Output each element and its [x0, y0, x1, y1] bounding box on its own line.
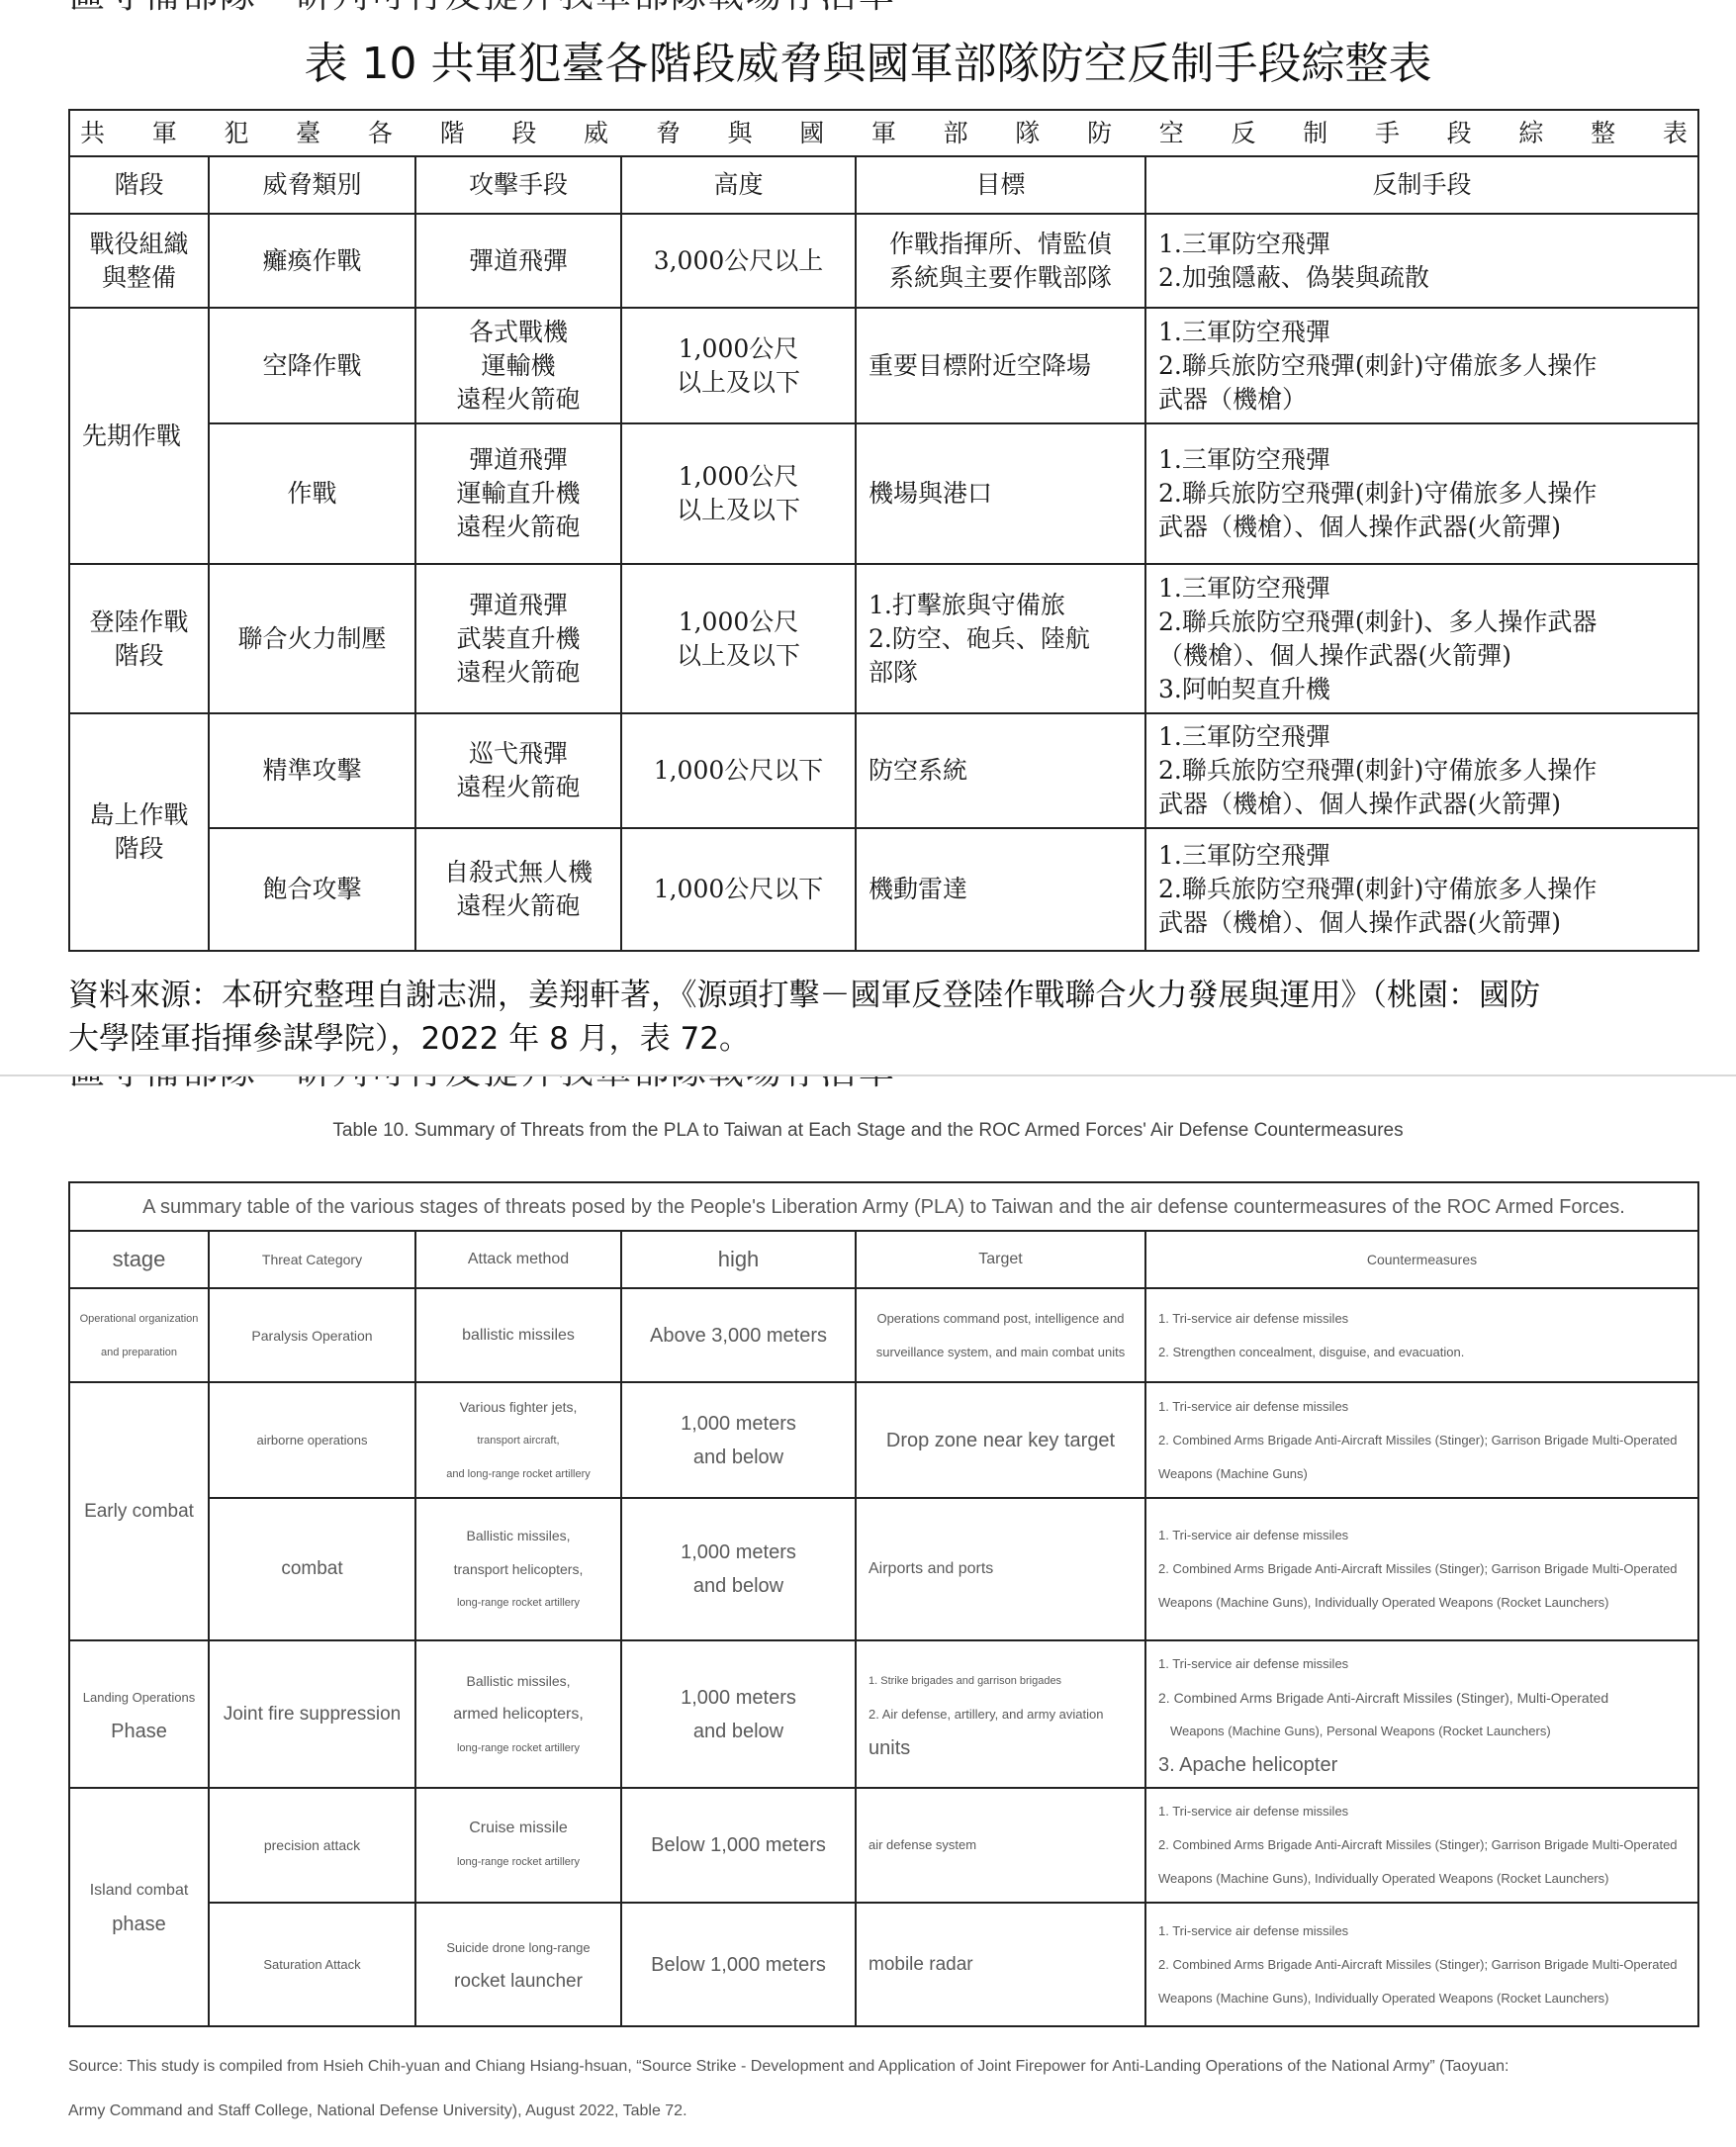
counter-cell: 1. Tri-service air defense missiles2. Co… — [1145, 1640, 1698, 1788]
zh-banner-char: 部 — [944, 117, 968, 150]
table-row: Island combatphase precision attack Crui… — [69, 1788, 1698, 1903]
counter-cell: 1. Tri-service air defense missiles2. Co… — [1145, 1382, 1698, 1498]
table-row: Landing OperationsPhase Joint fire suppr… — [69, 1640, 1698, 1788]
counter-cell: 1. Tri-service air defense missiles2. Co… — [1145, 1903, 1698, 2026]
zh-banner-char: 防 — [1087, 117, 1112, 150]
stage-cell: 登陸作戰階段 — [69, 564, 209, 713]
zh-header-threat: 威脅類別 — [209, 156, 415, 214]
altitude-cell: 1,000 metersand below — [621, 1382, 856, 1498]
zh-banner-char: 制 — [1303, 117, 1327, 150]
threat-cell: 精準攻擊 — [209, 713, 415, 828]
zh-banner-char: 整 — [1591, 117, 1615, 150]
zh-banner-char: 綜 — [1518, 117, 1543, 150]
en-header-stage: stage — [69, 1231, 209, 1288]
table-row: 島上作戰階段 精準攻擊 巡弋飛彈遠程火箭砲 1,000公尺以下 防空系統 1.三… — [69, 713, 1698, 828]
zh-header-target: 目標 — [856, 156, 1145, 214]
altitude-cell: Below 1,000 meters — [621, 1788, 856, 1903]
altitude-cell: 3,000公尺以上 — [621, 214, 856, 308]
zh-banner-char: 段 — [1447, 117, 1472, 150]
stage-cell: Landing OperationsPhase — [69, 1640, 209, 1788]
altitude-cell: 1,000 metersand below — [621, 1498, 856, 1640]
stage-cell: 戰役組織與整備 — [69, 214, 209, 308]
zh-banner-char: 臺 — [296, 117, 320, 150]
attack-cell: 彈道飛彈武裝直升機遠程火箭砲 — [415, 564, 621, 713]
en-header-threat: Threat Category — [209, 1231, 415, 1288]
zh-banner-char: 犯 — [224, 117, 248, 150]
stage-cell: Island combatphase — [69, 1788, 209, 2026]
attack-cell: Cruise missilelong-range rocket artiller… — [415, 1788, 621, 1903]
target-cell: 1. Strike brigades and garrison brigades… — [856, 1640, 1145, 1788]
zh-banner-char: 脅 — [656, 117, 681, 150]
attack-cell: 彈道飛彈 — [415, 214, 621, 308]
threat-cell: 飽合攻擊 — [209, 828, 415, 951]
stage-cell: 島上作戰階段 — [69, 713, 209, 951]
attack-cell: 自殺式無人機遠程火箭砲 — [415, 828, 621, 951]
zh-source-note: 資料來源：本研究整理自謝志淵，姜翔軒著，《源頭打擊－國軍反登陸作戰聯合火力發展與… — [68, 974, 1700, 1061]
table-row: 戰役組織與整備 癱瘓作戰 彈道飛彈 3,000公尺以上 作戰指揮所、情監偵系統與… — [69, 214, 1698, 308]
counter-cell: 1.三軍防空飛彈2.聯兵旅防空飛彈(刺針)守備旅多人操作武器（機槍）、個人操作武… — [1145, 423, 1698, 564]
en-header-attack: Attack method — [415, 1231, 621, 1288]
zh-banner-char: 反 — [1232, 117, 1256, 150]
clipped-heading-top: 區守備部隊一研判可行及提升我軍部隊戰場存活率 — [69, 0, 1157, 14]
attack-cell: 彈道飛彈運輸直升機遠程火箭砲 — [415, 423, 621, 564]
altitude-cell: 1,000公尺以上及以下 — [621, 564, 856, 713]
zh-banner-char: 表 — [1663, 117, 1688, 150]
threat-cell: 癱瘓作戰 — [209, 214, 415, 308]
counter-cell: 1. Tri-service air defense missiles2. Co… — [1145, 1498, 1698, 1640]
altitude-cell: 1,000 metersand below — [621, 1640, 856, 1788]
attack-cell: Ballistic missiles,transport helicopters… — [415, 1498, 621, 1640]
en-summary-table: A summary table of the various stages of… — [68, 1181, 1699, 2027]
target-cell: 機動雷達 — [856, 828, 1145, 951]
threat-cell: Paralysis Operation — [209, 1288, 415, 1382]
counter-cell: 1. Tri-service air defense missiles2. Co… — [1145, 1788, 1698, 1903]
target-cell: mobile radar — [856, 1903, 1145, 2026]
target-cell: air defense system — [856, 1788, 1145, 1903]
zh-banner-char: 軍 — [871, 117, 896, 150]
en-table-title: Table 10. Summary of Threats from the PL… — [0, 1120, 1736, 1142]
counter-cell: 1.三軍防空飛彈2.聯兵旅防空飛彈(刺針)、多人操作武器（機槍）、個人操作武器(… — [1145, 564, 1698, 713]
counter-cell: 1.三軍防空飛彈2.加強隱蔽、偽裝與疏散 — [1145, 214, 1698, 308]
zh-header-stage: 階段 — [69, 156, 209, 214]
counter-cell: 1. Tri-service air defense missiles2. St… — [1145, 1288, 1698, 1382]
table-row: combat Ballistic missiles,transport heli… — [69, 1498, 1698, 1640]
zh-banner-char: 軍 — [152, 117, 177, 150]
zh-banner-char: 段 — [511, 117, 536, 150]
zh-table-title: 表 10 共軍犯臺各階段威脅與國軍部隊防空反制手段綜整表 — [0, 28, 1736, 91]
zh-banner-char: 國 — [799, 117, 824, 150]
stage-cell: 先期作戰 — [69, 308, 209, 564]
threat-cell: Joint fire suppression — [209, 1640, 415, 1788]
zh-header-altitude: 高度 — [621, 156, 856, 214]
attack-cell: Various fighter jets,transport aircraft,… — [415, 1382, 621, 1498]
zh-banner-char: 手 — [1375, 117, 1400, 150]
threat-cell: precision attack — [209, 1788, 415, 1903]
threat-cell: 作戰 — [209, 423, 415, 564]
target-cell: Airports and ports — [856, 1498, 1145, 1640]
stage-cell: Early combat — [69, 1382, 209, 1640]
threat-cell: combat — [209, 1498, 415, 1640]
zh-header-counter: 反制手段 — [1145, 156, 1698, 214]
clipped-heading-bottom: 區守備部隊一研判可行及提升我軍部隊戰場存活率 — [69, 1076, 1157, 1090]
threat-cell: Saturation Attack — [209, 1903, 415, 2026]
en-source-note-line1: Source: This study is compiled from Hsie… — [68, 2058, 1690, 2076]
counter-cell: 1.三軍防空飛彈2.聯兵旅防空飛彈(刺針)守備旅多人操作武器（機槍）、個人操作武… — [1145, 828, 1698, 951]
en-banner-row: A summary table of the various stages of… — [69, 1182, 1698, 1231]
en-header-altitude: high — [621, 1231, 856, 1288]
altitude-cell: 1,000公尺以上及以下 — [621, 308, 856, 423]
table-row: Operational organizationand preparation … — [69, 1288, 1698, 1382]
counter-cell: 1.三軍防空飛彈2.聯兵旅防空飛彈(刺針)守備旅多人操作武器（機槍）、個人操作武… — [1145, 713, 1698, 828]
table-row: 先期作戰 空降作戰 各式戰機運輸機遠程火箭砲 1,000公尺以上及以下 重要目標… — [69, 308, 1698, 423]
zh-banner-char: 隊 — [1015, 117, 1040, 150]
attack-cell: ballistic missiles — [415, 1288, 621, 1382]
attack-cell: Ballistic missiles,armed helicopters,lon… — [415, 1640, 621, 1788]
zh-summary-table: 共軍犯臺各階段威脅與國軍部隊防空反制手段綜整表 階段 威脅類別 攻擊手段 高度 … — [68, 109, 1699, 952]
table-row: Saturation Attack Suicide drone long-ran… — [69, 1903, 1698, 2026]
attack-cell: 各式戰機運輸機遠程火箭砲 — [415, 308, 621, 423]
table-row: 登陸作戰階段 聯合火力制壓 彈道飛彈武裝直升機遠程火箭砲 1,000公尺以上及以… — [69, 564, 1698, 713]
target-cell: Operations command post, intelligence an… — [856, 1288, 1145, 1382]
target-cell: 防空系統 — [856, 713, 1145, 828]
target-cell: 機場與港口 — [856, 423, 1145, 564]
attack-cell: Suicide drone long-rangerocket launcher — [415, 1903, 621, 2026]
table-row: Early combat airborne operations Various… — [69, 1382, 1698, 1498]
zh-banner-char: 共 — [80, 117, 105, 150]
zh-header-attack: 攻擊手段 — [415, 156, 621, 214]
zh-banner-char: 威 — [584, 117, 608, 150]
attack-cell: 巡弋飛彈遠程火箭砲 — [415, 713, 621, 828]
zh-banner-char: 空 — [1159, 117, 1184, 150]
target-cell: 作戰指揮所、情監偵系統與主要作戰部隊 — [856, 214, 1145, 308]
altitude-cell: 1,000公尺以下 — [621, 713, 856, 828]
altitude-cell: Above 3,000 meters — [621, 1288, 856, 1382]
threat-cell: 聯合火力制壓 — [209, 564, 415, 713]
table-row: 作戰 彈道飛彈運輸直升機遠程火箭砲 1,000公尺以上及以下 機場與港口 1.三… — [69, 423, 1698, 564]
target-cell: 重要目標附近空降場 — [856, 308, 1145, 423]
stage-cell: Operational organizationand preparation — [69, 1288, 209, 1382]
en-header-counter: Countermeasures — [1145, 1231, 1698, 1288]
altitude-cell: 1,000公尺以上及以下 — [621, 423, 856, 564]
target-cell: Drop zone near key target — [856, 1382, 1145, 1498]
en-header-target: Target — [856, 1231, 1145, 1288]
altitude-cell: Below 1,000 meters — [621, 1903, 856, 2026]
target-cell: 1.打擊旅與守備旅2.防空、砲兵、陸航部隊 — [856, 564, 1145, 713]
threat-cell: airborne operations — [209, 1382, 415, 1498]
altitude-cell: 1,000公尺以下 — [621, 828, 856, 951]
zh-banner-char: 階 — [440, 117, 465, 150]
threat-cell: 空降作戰 — [209, 308, 415, 423]
table-row: 飽合攻擊 自殺式無人機遠程火箭砲 1,000公尺以下 機動雷達 1.三軍防空飛彈… — [69, 828, 1698, 951]
zh-banner-row: 共軍犯臺各階段威脅與國軍部隊防空反制手段綜整表 — [69, 110, 1698, 156]
zh-banner-char: 各 — [368, 117, 393, 150]
counter-cell: 1.三軍防空飛彈2.聯兵旅防空飛彈(刺針)守備旅多人操作武器（機槍） — [1145, 308, 1698, 423]
en-source-note-line2: Army Command and Staff College, National… — [68, 2102, 1690, 2120]
zh-banner-char: 與 — [727, 117, 752, 150]
